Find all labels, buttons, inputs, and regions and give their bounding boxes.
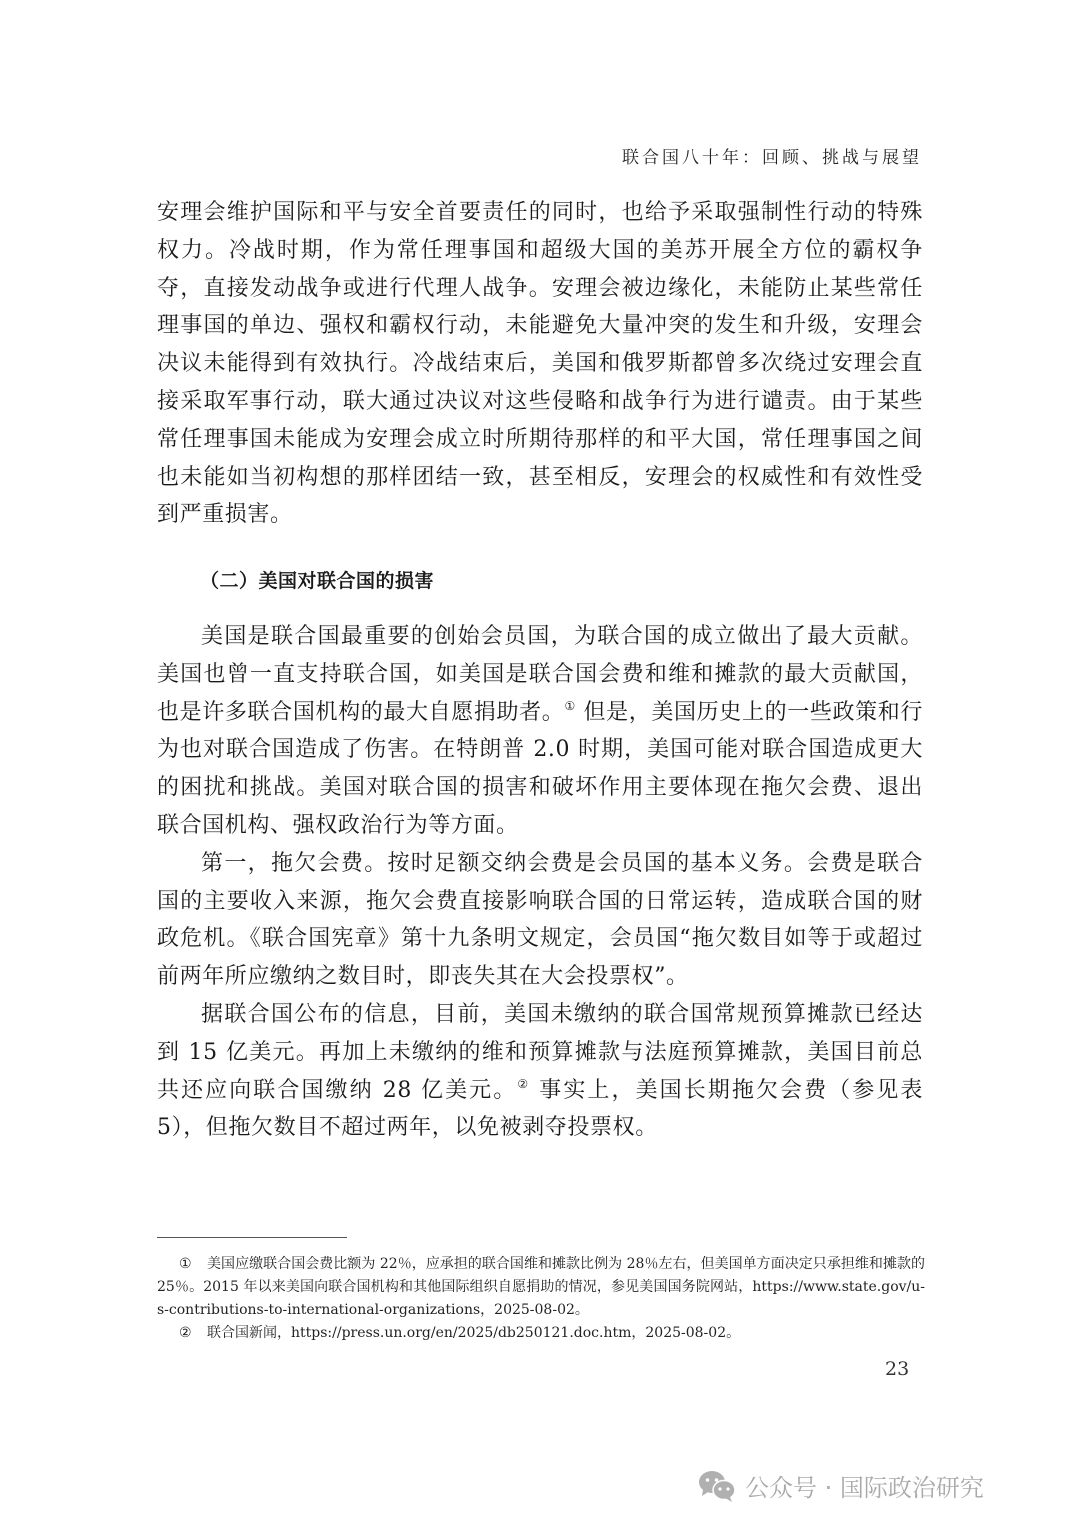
footnote-divider xyxy=(157,1237,347,1238)
footnote-mark: ① xyxy=(179,1253,207,1276)
page-number: 23 xyxy=(885,1358,909,1380)
watermark-label: 公众号 · 国际政治研究 xyxy=(745,1468,984,1503)
watermark: 公众号 · 国际政治研究 xyxy=(697,1468,984,1503)
footnote-text: 联合国新闻，https://press.un.org/en/2025/db250… xyxy=(207,1325,740,1341)
footnote-text: 美国应缴联合国会费比额为 22％，应承担的联合国维和摊款比例为 28％左右，但美… xyxy=(157,1256,925,1318)
footnote-1: ①美国应缴联合国会费比额为 22％，应承担的联合国维和摊款比例为 28％左右，但… xyxy=(157,1253,925,1322)
footnotes: ①美国应缴联合国会费比额为 22％，应承担的联合国维和摊款比例为 28％左右，但… xyxy=(157,1253,925,1345)
footnote-mark: ② xyxy=(179,1322,207,1345)
body-paragraph-1-block: 安理会维护国际和平与安全首要责任的同时，也给予采取强制性行动的特殊权力。冷战时期… xyxy=(157,194,923,534)
footnote-ref-1[interactable]: ① xyxy=(564,699,575,713)
footnote-ref-2[interactable]: ② xyxy=(517,1077,530,1091)
body-paragraph: 安理会维护国际和平与安全首要责任的同时，也给予采取强制性行动的特殊权力。冷战时期… xyxy=(157,194,923,534)
section-heading: （二）美国对联合国的损害 xyxy=(200,566,434,593)
footnote-2: ②联合国新闻，https://press.un.org/en/2025/db25… xyxy=(157,1322,925,1345)
wechat-icon xyxy=(697,1469,737,1503)
body-paragraph: 美国是联合国最重要的创始会员国，为联合国的成立做出了最大贡献。美国也曾一直支持联… xyxy=(157,618,923,845)
body-main-block: 美国是联合国最重要的创始会员国，为联合国的成立做出了最大贡献。美国也曾一直支持联… xyxy=(157,618,923,1147)
body-paragraph: 第一，拖欠会费。按时足额交纳会费是会员国的基本义务。会费是联合国的主要收入来源，… xyxy=(157,845,923,996)
running-header: 联合国八十年：回顾、挑战与展望 xyxy=(622,143,922,168)
body-paragraph: 据联合国公布的信息，目前，美国未缴纳的联合国常规预算摊款已经达到 15 亿美元。… xyxy=(157,996,923,1147)
